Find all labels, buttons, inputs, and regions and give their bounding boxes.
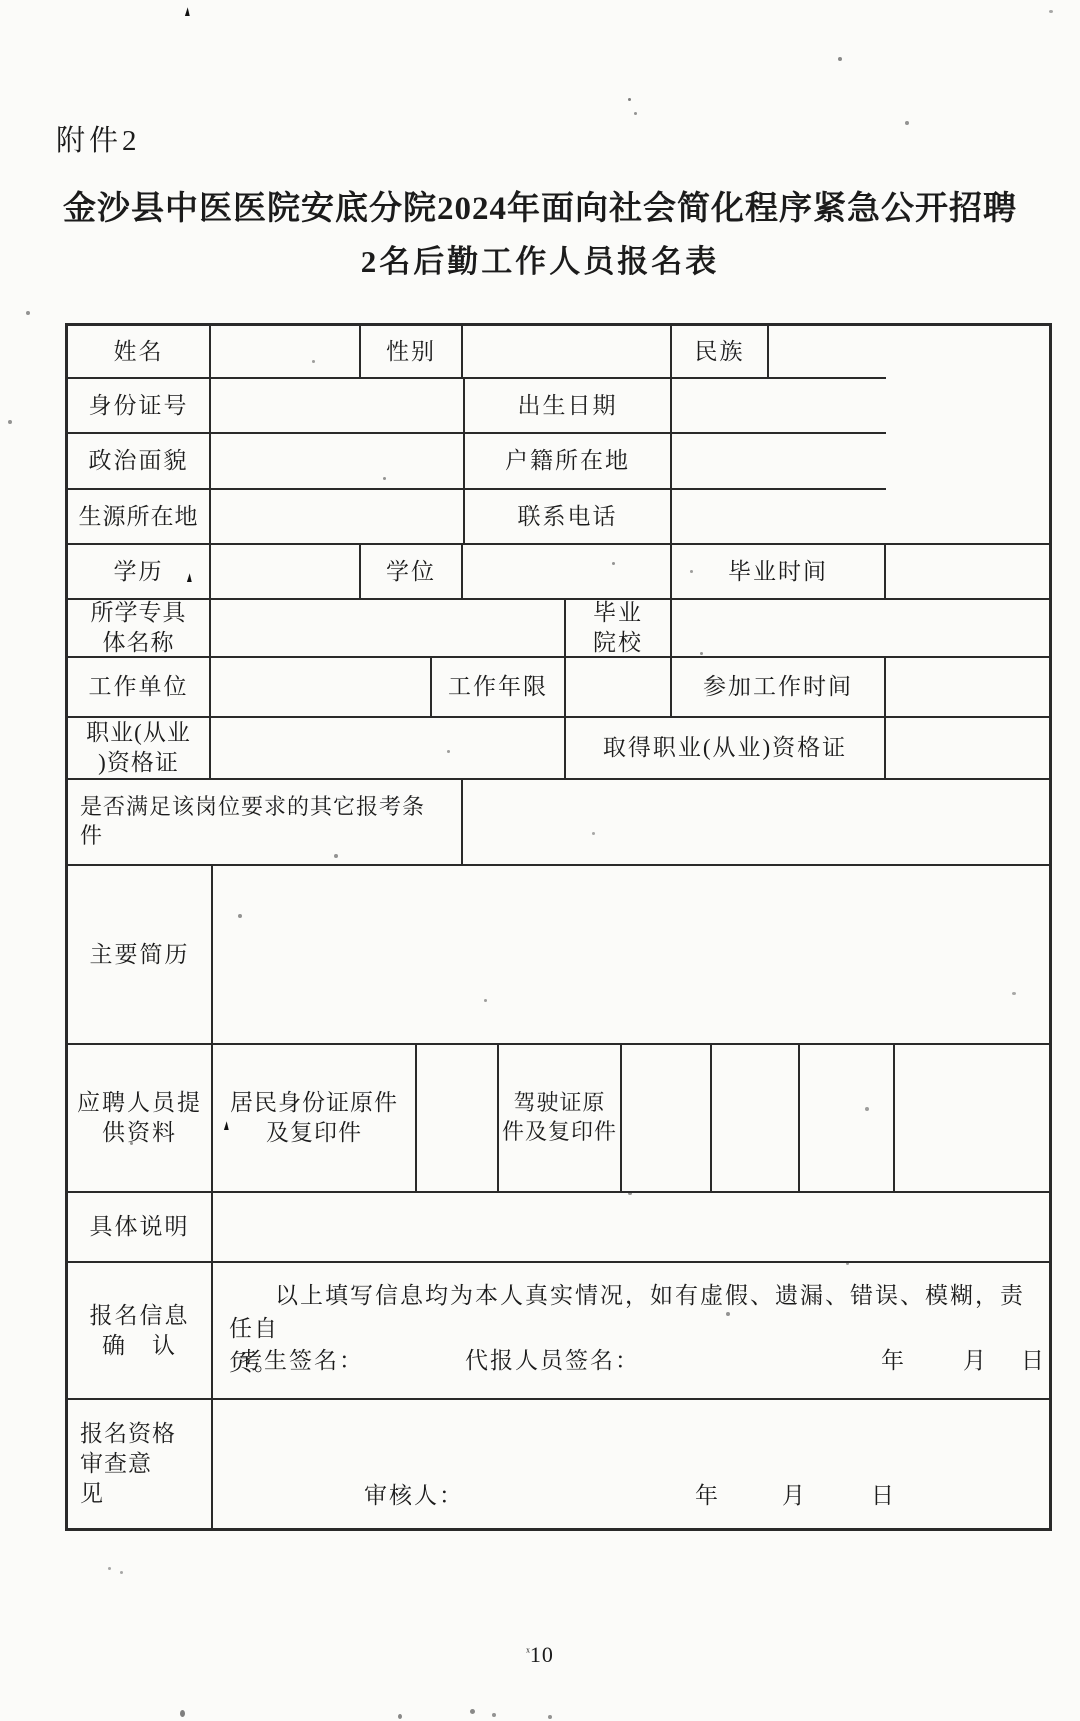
scan-speck [548, 1715, 552, 1719]
political-status-label: 政治面貌 [68, 434, 211, 490]
row-confirmation: 报名信息 确 认 以上填写信息均为本人真实情况，如有虚假、遗漏、错误、模糊，责任… [68, 1263, 1049, 1400]
scan-speck [726, 1312, 730, 1316]
major-label: 所学专具 体名称 [68, 600, 211, 658]
gender-value-cell [463, 326, 672, 379]
other-conditions-label: 是否满足该岗位要求的其它报考条 件 [68, 780, 463, 866]
scan-cursor-artifact [185, 570, 194, 587]
work-years-value-cell [566, 658, 672, 718]
obtained-cert-label: 取得职业(从业)资格证 [566, 718, 886, 780]
graduation-school-label: 毕业 院校 [566, 600, 672, 658]
origin-location-label: 生源所在地 [68, 490, 211, 545]
id-number-label: 身份证号 [68, 379, 211, 434]
materials-cell-3 [712, 1045, 800, 1193]
scan-speck [628, 98, 631, 101]
form-title-line1: 金沙县中医医院安底分院2024年面向社会简化程序紧急公开招聘 [0, 182, 1080, 229]
confirm-content-cell: 以上填写信息均为本人真实情况，如有虚假、遗漏、错误、模糊，责任自 负。 考生签名… [213, 1263, 1049, 1400]
confirm-day-label: 日 [1021, 1342, 1046, 1375]
row-details: 具体说明 [68, 1193, 1049, 1263]
row-certificate: 职业(从业 )资格证 取得职业(从业)资格证 [68, 718, 1049, 780]
id-number-value-cell [211, 379, 465, 434]
birth-date-value-cell [672, 379, 886, 434]
attachment-label: 附件2 [56, 118, 141, 159]
materials-cell-5 [895, 1045, 1049, 1193]
scan-speck [26, 311, 30, 315]
scan-speck [312, 360, 315, 363]
other-conditions-value-cell [463, 780, 1049, 866]
scan-speck [180, 1710, 185, 1717]
scan-speck [492, 1713, 496, 1717]
degree-value-cell [463, 545, 672, 600]
political-status-value-cell [211, 434, 465, 490]
review-content-cell: 审核人： 年 月 日 [213, 1400, 1049, 1528]
resume-label: 主要简历 [68, 866, 213, 1045]
work-start-time-value-cell [886, 658, 1049, 718]
agent-sign-label: 代报人员签名： [465, 1342, 640, 1375]
scan-speck [634, 112, 637, 115]
details-label: 具体说明 [68, 1193, 213, 1263]
scan-speck [1012, 992, 1016, 995]
scan-speck [612, 562, 615, 565]
materials-cell-2 [622, 1045, 712, 1193]
scan-speck [334, 854, 338, 858]
education-value-cell [211, 545, 361, 600]
id-card-material-label: 居民身份证原件 及复印件 [213, 1045, 417, 1193]
details-value-cell [213, 1193, 1049, 1263]
scan-speck [383, 477, 386, 480]
page-number-value: 10 [530, 1642, 554, 1667]
confirm-year-label: 年 [881, 1342, 906, 1375]
scan-speck [838, 57, 842, 61]
scan-speck [120, 1571, 123, 1574]
scan-speck [592, 832, 595, 835]
scan-cursor-artifact [183, 4, 192, 21]
scan-speck [643, 739, 647, 742]
scan-speck [700, 652, 703, 655]
scan-speck [470, 1709, 475, 1714]
scan-speck [690, 570, 693, 573]
scan-speck [528, 507, 532, 510]
scan-speck [905, 121, 909, 125]
row-education: 学历 学位 毕业时间 [68, 545, 1049, 600]
vocational-cert-label: 职业(从业 )资格证 [68, 718, 211, 780]
scan-speck [238, 914, 242, 918]
origin-location-value-cell [211, 490, 465, 545]
work-unit-label: 工作单位 [68, 658, 211, 718]
obtained-cert-value-cell [886, 718, 1049, 780]
work-start-time-label: 参加工作时间 [672, 658, 886, 718]
degree-label: 学位 [361, 545, 463, 600]
row-major-school: 所学专具 体名称 毕业 院校 [68, 600, 1049, 658]
review-day-label: 日 [871, 1477, 896, 1510]
ethnicity-label: 民族 [672, 326, 769, 379]
birth-date-label: 出生日期 [465, 379, 672, 434]
candidate-sign-label: 考生签名： [239, 1342, 364, 1375]
graduation-school-value-cell [672, 600, 1049, 658]
resume-value-cell [213, 866, 1049, 1045]
scan-speck [108, 1567, 111, 1570]
graduation-time-value-cell [886, 545, 1049, 600]
row-other-conditions: 是否满足该岗位要求的其它报考条 件 [68, 780, 1049, 866]
phone-label: 联系电话 [465, 490, 672, 545]
name-value-cell [211, 326, 361, 379]
scan-speck [846, 1262, 849, 1265]
signature-line: 考生签名： 代报人员签名： 年 月 日 [213, 1342, 1049, 1374]
scan-speck [628, 1192, 632, 1195]
confirm-month-label: 月 [963, 1342, 988, 1375]
gender-label: 性别 [361, 326, 463, 379]
household-location-label: 户籍所在地 [465, 434, 672, 490]
scan-cursor-artifact [222, 1118, 231, 1135]
major-value-cell [211, 600, 566, 658]
materials-cell-1 [417, 1045, 499, 1193]
scan-speck [447, 750, 450, 753]
reviewer-label: 审核人： [364, 1477, 464, 1510]
scan-speck [130, 1142, 133, 1145]
work-years-label: 工作年限 [432, 658, 566, 718]
registration-form-table: 姓名 性别 民族 身份证号 出生日期 政治面貌 户籍所在地 生源所在地 联系电话 [65, 323, 1052, 1531]
row-qualification-review: 报名资格 审查意 见 审核人： 年 月 日 [68, 1400, 1049, 1528]
review-year-label: 年 [695, 1477, 720, 1510]
row-resume: 主要简历 [68, 866, 1049, 1045]
graduation-time-label: 毕业时间 [672, 545, 886, 600]
materials-cell-4 [800, 1045, 895, 1193]
photo-box [886, 326, 1049, 545]
row-work: 工作单位 工作年限 参加工作时间 [68, 658, 1049, 718]
scan-speck [398, 1714, 402, 1719]
scan-speck [865, 1107, 869, 1111]
vocational-cert-value-cell [211, 718, 566, 780]
review-month-label: 月 [782, 1477, 807, 1510]
household-location-value-cell [672, 434, 886, 490]
scan-speck [484, 999, 487, 1002]
page-number: ˣ10 [0, 1642, 1080, 1668]
confirm-label: 报名信息 确 认 [68, 1263, 213, 1400]
ethnicity-value-cell [769, 326, 886, 379]
materials-label: 应聘人员提 供资料 [68, 1045, 213, 1193]
review-label: 报名资格 审查意 见 [68, 1400, 213, 1528]
scan-speck [8, 420, 12, 424]
name-label: 姓名 [68, 326, 211, 379]
row-materials: 应聘人员提 供资料 居民身份证原件 及复印件 驾驶证原 件及复印件 [68, 1045, 1049, 1193]
form-title-line2: 2名后勤工作人员报名表 [0, 236, 1080, 281]
phone-value-cell [672, 490, 886, 545]
work-unit-value-cell [211, 658, 432, 718]
scan-speck [1049, 10, 1053, 13]
driver-license-material-label: 驾驶证原 件及复印件 [499, 1045, 622, 1193]
